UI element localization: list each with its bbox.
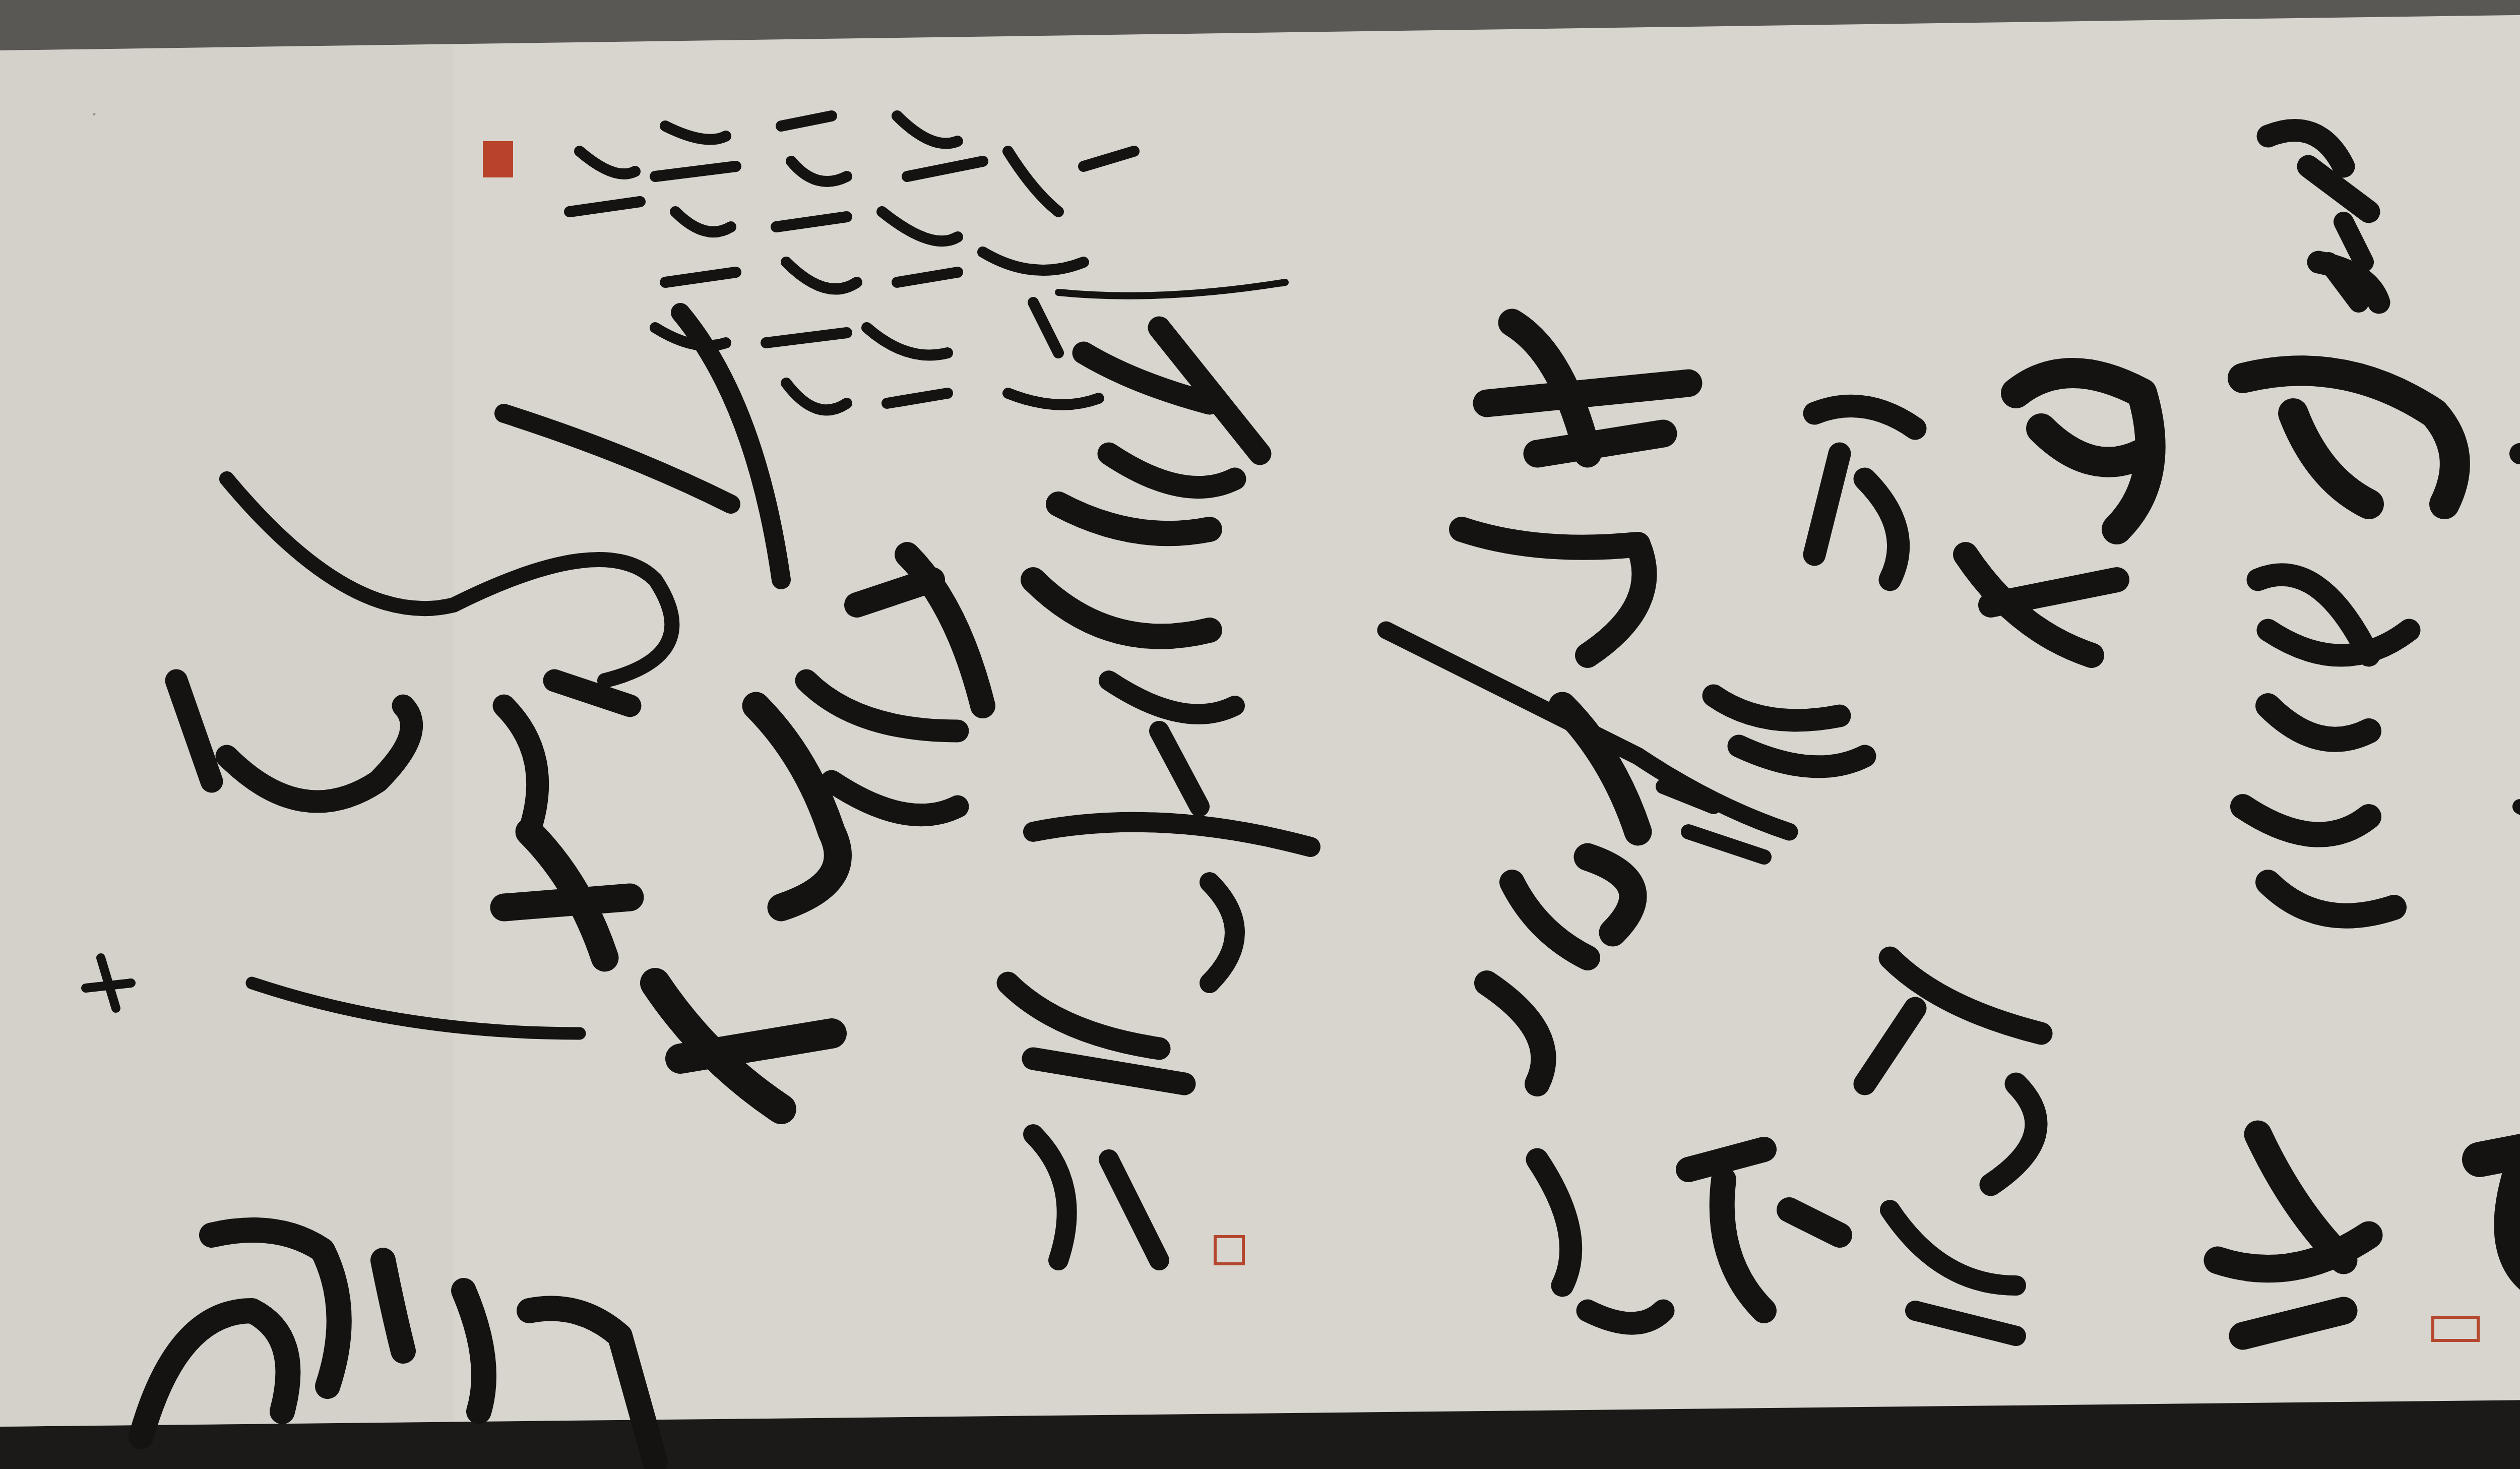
seal-lower-right [2431, 1316, 2480, 1342]
seal-lower-center [1214, 1235, 1245, 1265]
calligraphy-scroll [0, 0, 2520, 1469]
seal-upper-left [483, 141, 513, 177]
pencil-mark: · [91, 103, 97, 127]
